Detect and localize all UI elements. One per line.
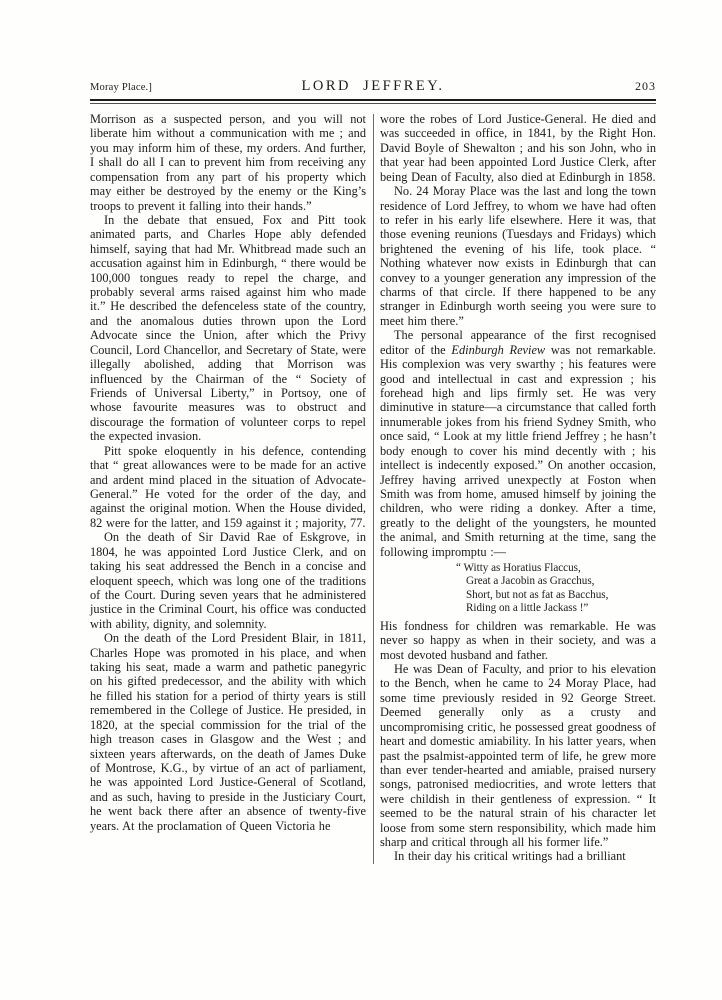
paragraph: On the death of the Lord President Blair… bbox=[90, 631, 366, 833]
paragraph: He was Dean of Faculty, and prior to his… bbox=[380, 662, 656, 849]
book-page: Moray Place.] LORD JEFFREY. 203 Morrison… bbox=[0, 0, 722, 1000]
paragraph: The personal appearance of the first rec… bbox=[380, 328, 656, 559]
paragraph: In the debate that ensued, Fox and Pitt … bbox=[90, 213, 366, 444]
header-rule bbox=[90, 99, 656, 104]
italic-title: Edinburgh Review bbox=[451, 343, 545, 357]
verse-line: Short, but not as fat as Bacchus, bbox=[456, 589, 656, 602]
page-number: 203 bbox=[536, 79, 656, 94]
paragraph: No. 24 Moray Place was the last and long… bbox=[380, 184, 656, 328]
verse-line: “ Witty as Horatius Flaccus, bbox=[456, 562, 656, 575]
page-title: LORD JEFFREY. bbox=[210, 78, 536, 95]
verse-line: Riding on a little Jackass !” bbox=[456, 602, 656, 615]
text-columns: Morrison as a suspected person, and you … bbox=[90, 112, 656, 864]
paragraph: In their day his critical writings had a… bbox=[380, 849, 656, 863]
paragraph: His fondness for children was remarkable… bbox=[380, 619, 656, 662]
paragraph: wore the robes of Lord Justice-General. … bbox=[380, 112, 656, 184]
right-column: wore the robes of Lord Justice-General. … bbox=[380, 112, 656, 864]
paragraph: On the death of Sir David Rae of Eskgrov… bbox=[90, 530, 366, 631]
left-column: Morrison as a suspected person, and you … bbox=[90, 112, 366, 864]
page-content: Moray Place.] LORD JEFFREY. 203 Morrison… bbox=[90, 78, 656, 864]
paragraph-text: was not remarkable. His complexion was v… bbox=[380, 343, 656, 559]
column-divider-rule bbox=[373, 114, 374, 864]
verse-quote: “ Witty as Horatius Flaccus, Great a Jac… bbox=[456, 562, 656, 616]
paragraph: Morrison as a suspected person, and you … bbox=[90, 112, 366, 213]
verse-line: Great a Jacobin as Gracchus, bbox=[456, 575, 656, 588]
running-head: Moray Place.] LORD JEFFREY. 203 bbox=[90, 78, 656, 96]
running-head-left: Moray Place.] bbox=[90, 82, 210, 93]
paragraph: Pitt spoke eloquently in his defence, co… bbox=[90, 444, 366, 531]
